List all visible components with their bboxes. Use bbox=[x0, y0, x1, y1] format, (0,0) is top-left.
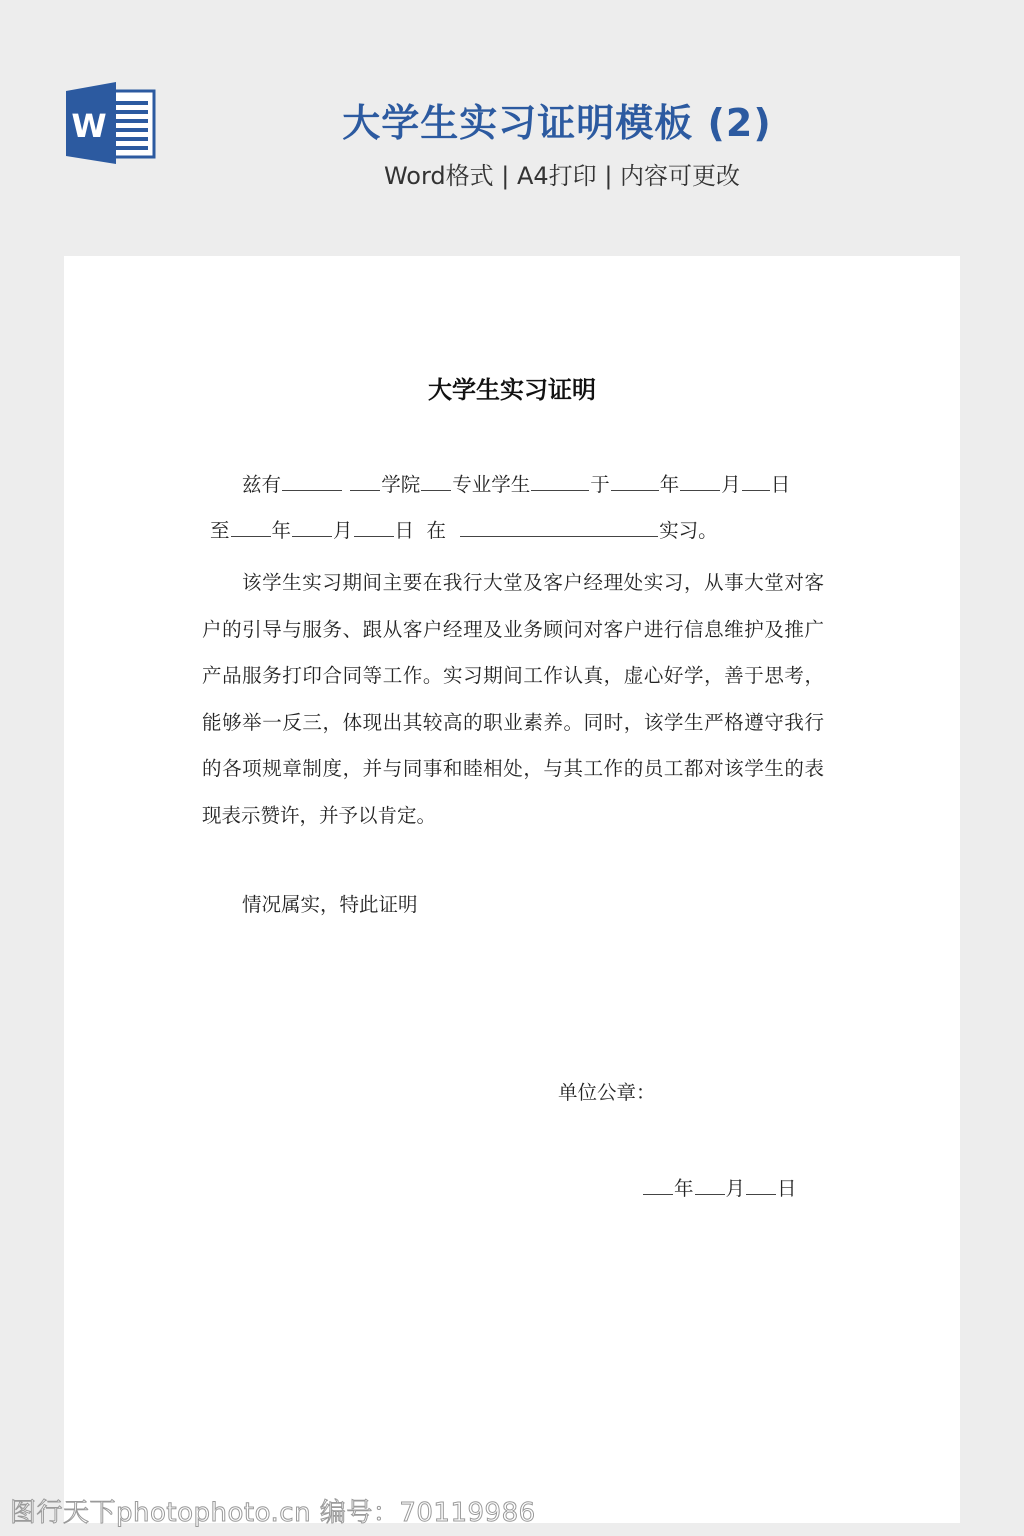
template-subtitle: Word格式 | A4打印 | 内容可更改 bbox=[0, 156, 1024, 191]
start-year-blank[interactable] bbox=[611, 468, 659, 491]
body-paragraph: 该学生实习期间主要在我行大堂及客户经理处实习，从事大堂对客户的引导与服务、跟从客… bbox=[202, 560, 824, 839]
end-year-blank[interactable] bbox=[231, 514, 271, 537]
company-blank[interactable] bbox=[460, 514, 658, 537]
date-year-label: 年 bbox=[674, 1177, 694, 1200]
name-blank[interactable] bbox=[282, 468, 342, 491]
major-blank[interactable] bbox=[421, 468, 451, 491]
line1-text: 专业学生 bbox=[452, 473, 530, 496]
fill-line-1: 兹有 学院专业学生于年月日 bbox=[242, 468, 790, 500]
student-blank[interactable] bbox=[531, 468, 589, 491]
closing-statement: 情况属实，特此证明 bbox=[242, 890, 418, 920]
document-title: 大学生实习证明 bbox=[64, 370, 960, 405]
line2-text: 月 bbox=[333, 519, 353, 542]
line1-text: 于 bbox=[590, 473, 610, 496]
end-day-blank[interactable] bbox=[354, 514, 394, 537]
watermark-text: 图行天下photophoto.cn 编号：70119986 bbox=[10, 1492, 536, 1529]
template-title: 大学生实习证明模板 (2) bbox=[0, 92, 1024, 147]
start-day-blank[interactable] bbox=[742, 468, 770, 491]
line1-text: 学院 bbox=[381, 473, 420, 496]
date-day-label: 日 bbox=[777, 1177, 797, 1200]
line2-text: 日 在 bbox=[395, 519, 446, 542]
fill-line-2: 至年月日 在 实习。 bbox=[210, 514, 718, 546]
sign-day-blank[interactable] bbox=[746, 1172, 776, 1195]
line2-text: 至 bbox=[210, 519, 230, 542]
college-blank[interactable] bbox=[350, 468, 380, 491]
line1-text: 兹有 bbox=[242, 473, 281, 496]
end-month-blank[interactable] bbox=[292, 514, 332, 537]
line1-text: 年 bbox=[660, 473, 680, 496]
seal-label: 单位公章： bbox=[558, 1078, 656, 1108]
sign-year-blank[interactable] bbox=[643, 1172, 673, 1195]
line1-text: 月 bbox=[721, 473, 741, 496]
line2-text: 实习。 bbox=[659, 519, 718, 542]
line1-text: 日 bbox=[771, 473, 791, 496]
start-month-blank[interactable] bbox=[680, 468, 720, 491]
line2-text: 年 bbox=[272, 519, 292, 542]
date-month-label: 月 bbox=[726, 1177, 746, 1200]
sign-month-blank[interactable] bbox=[695, 1172, 725, 1195]
document-page: 大学生实习证明 兹有 学院专业学生于年月日 至年月日 在 实习。 该学生实习期间… bbox=[64, 256, 960, 1523]
signature-date: 年月日 bbox=[642, 1172, 797, 1204]
